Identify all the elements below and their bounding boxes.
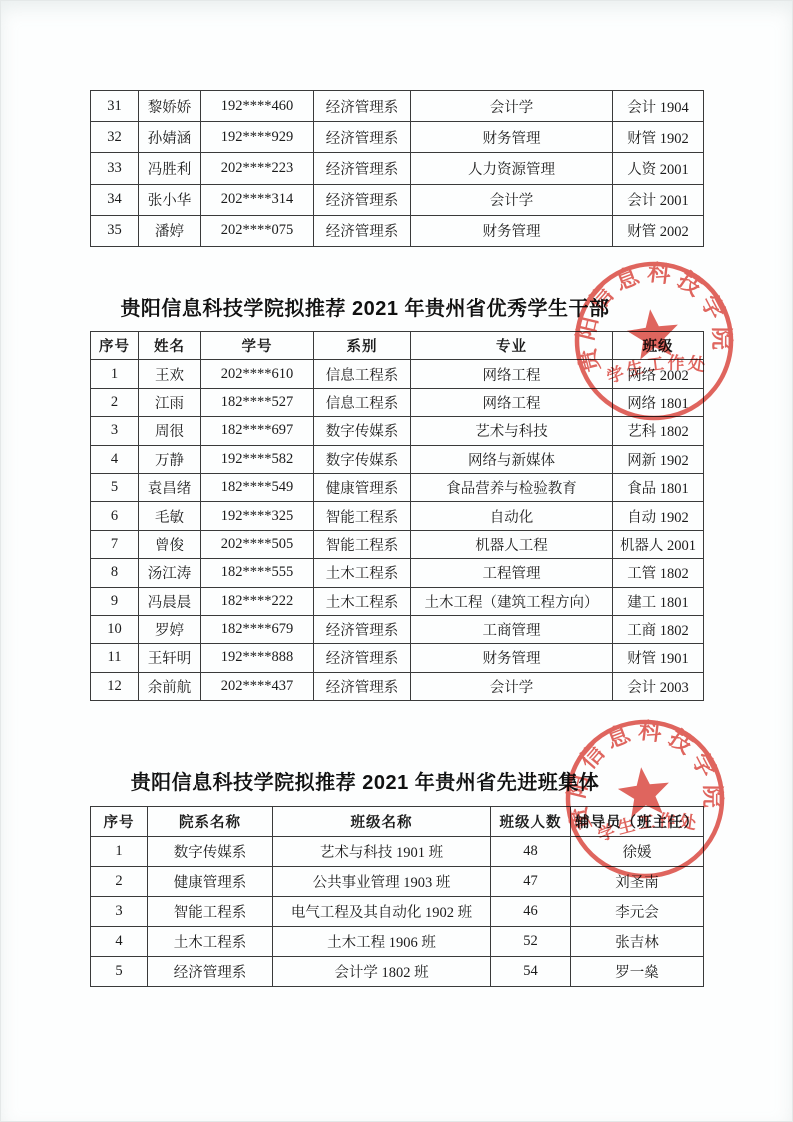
table-cell: 网络 2002 xyxy=(613,360,704,388)
table-cell: 47 xyxy=(491,867,571,897)
table-row: 10罗婷182****679经济管理系工商管理工商 1802 xyxy=(91,615,704,643)
column-header: 序号 xyxy=(91,332,139,360)
table-cell: 182****549 xyxy=(201,473,314,501)
table-cell: 罗一燊 xyxy=(571,957,704,987)
table-cell: 34 xyxy=(91,184,139,215)
document-page: 31黎娇娇192****460经济管理系会计学会计 190432孙婧涵192**… xyxy=(0,0,793,1122)
table-cell: 江雨 xyxy=(139,388,201,416)
table-row: 7曾俊202****505智能工程系机器人工程机器人 2001 xyxy=(91,530,704,558)
column-header: 班级 xyxy=(613,332,704,360)
table-cell: 健康管理系 xyxy=(148,867,273,897)
table-row: 4万静192****582数字传媒系网络与新媒体网新 1902 xyxy=(91,445,704,473)
table-cell: 202****505 xyxy=(201,530,314,558)
table-cell: 202****223 xyxy=(201,153,314,184)
table-cell: 10 xyxy=(91,615,139,643)
table-cell: 54 xyxy=(491,957,571,987)
table-cell: 土木工程系 xyxy=(314,559,411,587)
table-cell: 人资 2001 xyxy=(613,153,704,184)
table-row: 8汤江涛182****555土木工程系工程管理工管 1802 xyxy=(91,559,704,587)
column-header: 系别 xyxy=(314,332,411,360)
table-cell: 网络工程 xyxy=(411,360,613,388)
table-cell: 网新 1902 xyxy=(613,445,704,473)
table-row: 11王轩明192****888经济管理系财务管理财管 1901 xyxy=(91,644,704,672)
table-cell: 1 xyxy=(91,837,148,867)
table-cell: 智能工程系 xyxy=(314,530,411,558)
table-row: 2健康管理系公共事业管理 1903 班47刘圣南 xyxy=(91,867,704,897)
table-cell: 公共事业管理 1903 班 xyxy=(273,867,491,897)
table-cell: 毛敏 xyxy=(139,502,201,530)
column-header: 班级名称 xyxy=(273,807,491,837)
table-cell: 12 xyxy=(91,672,139,700)
table-cell: 艺术与科技 xyxy=(411,417,613,445)
table-cell: 汤江涛 xyxy=(139,559,201,587)
table-cell: 食品营养与检验教育 xyxy=(411,473,613,501)
table-cell: 182****679 xyxy=(201,615,314,643)
table-cell: 会计 1904 xyxy=(613,91,704,122)
table-cell: 经济管理系 xyxy=(314,615,411,643)
table-cell: 会计 2001 xyxy=(613,184,704,215)
table-cell: 7 xyxy=(91,530,139,558)
table-cell: 会计学 1802 班 xyxy=(273,957,491,987)
column-header: 专业 xyxy=(411,332,613,360)
column-header: 序号 xyxy=(91,807,148,837)
table-cell: 黎娇娇 xyxy=(139,91,201,122)
table-cell: 会计学 xyxy=(411,184,613,215)
table-row: 9冯晨晨182****222土木工程系土木工程（建筑工程方向）建工 1801 xyxy=(91,587,704,615)
table-cell: 工管 1802 xyxy=(613,559,704,587)
table-outstanding-student-cadres: 序号姓名学号系别专业班级1王欢202****610信息工程系网络工程网络 200… xyxy=(90,331,704,701)
table-cell: 9 xyxy=(91,587,139,615)
table-cell: 工商 1802 xyxy=(613,615,704,643)
table-cell: 48 xyxy=(491,837,571,867)
table-cell: 经济管理系 xyxy=(314,91,411,122)
table-cell: 网络 1801 xyxy=(613,388,704,416)
table-cell: 182****555 xyxy=(201,559,314,587)
table-cell: 182****222 xyxy=(201,587,314,615)
table-cell: 经济管理系 xyxy=(148,957,273,987)
table-cell: 经济管理系 xyxy=(314,153,411,184)
table-cell: 数字传媒系 xyxy=(148,837,273,867)
table-row: 32孙婧涵192****929经济管理系财务管理财管 1902 xyxy=(91,122,704,153)
table-cell: 智能工程系 xyxy=(314,502,411,530)
table-cell: 52 xyxy=(491,927,571,957)
table-cell: 经济管理系 xyxy=(314,122,411,153)
table-cell: 3 xyxy=(91,417,139,445)
table-cell: 信息工程系 xyxy=(314,360,411,388)
table-cell: 5 xyxy=(91,957,148,987)
table-cell: 经济管理系 xyxy=(314,215,411,246)
table-cell: 信息工程系 xyxy=(314,388,411,416)
table-cell: 曾俊 xyxy=(139,530,201,558)
table-cell: 财管 1901 xyxy=(613,644,704,672)
table-cell: 数字传媒系 xyxy=(314,417,411,445)
table-cell: 智能工程系 xyxy=(148,897,273,927)
column-header: 辅导员（班主任） xyxy=(571,807,704,837)
table-cell: 土木工程系 xyxy=(314,587,411,615)
table-cell: 财务管理 xyxy=(411,644,613,672)
table-row: 35潘婷202****075经济管理系财务管理财管 2002 xyxy=(91,215,704,246)
table-cell: 数字传媒系 xyxy=(314,445,411,473)
table-row: 4土木工程系土木工程 1906 班52张吉林 xyxy=(91,927,704,957)
table-cell: 张小华 xyxy=(139,184,201,215)
table-row: 12余前航202****437经济管理系会计学会计 2003 xyxy=(91,672,704,700)
table-cell: 192****460 xyxy=(201,91,314,122)
table-students-continued: 31黎娇娇192****460经济管理系会计学会计 190432孙婧涵192**… xyxy=(90,90,704,247)
table-cell: 财务管理 xyxy=(411,122,613,153)
table-cell: 192****929 xyxy=(201,122,314,153)
table-cell: 冯胜利 xyxy=(139,153,201,184)
table-row: 5经济管理系会计学 1802 班54罗一燊 xyxy=(91,957,704,987)
table-cell: 202****437 xyxy=(201,672,314,700)
table-cell: 冯晨晨 xyxy=(139,587,201,615)
table-cell: 会计 2003 xyxy=(613,672,704,700)
table-cell: 王欢 xyxy=(139,360,201,388)
header-row: 序号院系名称班级名称班级人数辅导员（班主任） xyxy=(91,807,704,837)
table-cell: 192****582 xyxy=(201,445,314,473)
table-cell: 46 xyxy=(491,897,571,927)
table-cell: 33 xyxy=(91,153,139,184)
table-cell: 王轩明 xyxy=(139,644,201,672)
table-cell: 182****697 xyxy=(201,417,314,445)
table-cell: 土木工程系 xyxy=(148,927,273,957)
table-row: 1数字传媒系艺术与科技 1901 班48徐媛 xyxy=(91,837,704,867)
table-cell: 182****527 xyxy=(201,388,314,416)
table-cell: 土木工程 1906 班 xyxy=(273,927,491,957)
table-cell: 网络与新媒体 xyxy=(411,445,613,473)
table-cell: 罗婷 xyxy=(139,615,201,643)
table-cell: 工程管理 xyxy=(411,559,613,587)
table-cell: 建工 1801 xyxy=(613,587,704,615)
header-row: 序号姓名学号系别专业班级 xyxy=(91,332,704,360)
table-cell: 财管 1902 xyxy=(613,122,704,153)
table-row: 3智能工程系电气工程及其自动化 1902 班46李元会 xyxy=(91,897,704,927)
table-cell: 健康管理系 xyxy=(314,473,411,501)
table-cell: 32 xyxy=(91,122,139,153)
table-cell: 经济管理系 xyxy=(314,184,411,215)
table-cell: 35 xyxy=(91,215,139,246)
table-row: 31黎娇娇192****460经济管理系会计学会计 1904 xyxy=(91,91,704,122)
table-cell: 会计学 xyxy=(411,672,613,700)
table-cell: 会计学 xyxy=(411,91,613,122)
table-row: 6毛敏192****325智能工程系自动化自动 1902 xyxy=(91,502,704,530)
table-cell: 网络工程 xyxy=(411,388,613,416)
table-cell: 孙婧涵 xyxy=(139,122,201,153)
table-cell: 3 xyxy=(91,897,148,927)
column-header: 班级人数 xyxy=(491,807,571,837)
table-cell: 1 xyxy=(91,360,139,388)
table-cell: 自动 1902 xyxy=(613,502,704,530)
table-row: 33冯胜利202****223经济管理系人力资源管理人资 2001 xyxy=(91,153,704,184)
table-cell: 财管 2002 xyxy=(613,215,704,246)
table-cell: 4 xyxy=(91,927,148,957)
table-cell: 袁昌绪 xyxy=(139,473,201,501)
table-cell: 万静 xyxy=(139,445,201,473)
table-cell: 人力资源管理 xyxy=(411,153,613,184)
table-row: 3周很182****697数字传媒系艺术与科技艺科 1802 xyxy=(91,417,704,445)
table-row: 5袁昌绪182****549健康管理系食品营养与检验教育食品 1801 xyxy=(91,473,704,501)
table-cell: 艺术与科技 1901 班 xyxy=(273,837,491,867)
table-row: 34张小华202****314经济管理系会计学会计 2001 xyxy=(91,184,704,215)
table-cell: 机器人工程 xyxy=(411,530,613,558)
table-cell: 周很 xyxy=(139,417,201,445)
table-cell: 艺科 1802 xyxy=(613,417,704,445)
table-cell: 202****610 xyxy=(201,360,314,388)
table-cell: 5 xyxy=(91,473,139,501)
title-outstanding-student-cadres: 贵阳信息科技学院拟推荐 2021 年贵州省优秀学生干部 xyxy=(35,292,695,321)
table-advanced-class-collectives: 序号院系名称班级名称班级人数辅导员（班主任）1数字传媒系艺术与科技 1901 班… xyxy=(90,806,704,987)
table-cell: 2 xyxy=(91,388,139,416)
table-cell: 4 xyxy=(91,445,139,473)
table-cell: 电气工程及其自动化 1902 班 xyxy=(273,897,491,927)
table-cell: 202****314 xyxy=(201,184,314,215)
table-cell: 2 xyxy=(91,867,148,897)
table-cell: 工商管理 xyxy=(411,615,613,643)
title-advanced-class-collectives: 贵阳信息科技学院拟推荐 2021 年贵州省先进班集体 xyxy=(35,766,695,795)
table-cell: 31 xyxy=(91,91,139,122)
table-cell: 自动化 xyxy=(411,502,613,530)
table-row: 2江雨182****527信息工程系网络工程网络 1801 xyxy=(91,388,704,416)
column-header: 院系名称 xyxy=(148,807,273,837)
column-header: 姓名 xyxy=(139,332,201,360)
table-cell: 202****075 xyxy=(201,215,314,246)
table-cell: 张吉林 xyxy=(571,927,704,957)
table-cell: 11 xyxy=(91,644,139,672)
table-cell: 6 xyxy=(91,502,139,530)
table-cell: 土木工程（建筑工程方向） xyxy=(411,587,613,615)
table-cell: 余前航 xyxy=(139,672,201,700)
table-cell: 李元会 xyxy=(571,897,704,927)
table-row: 1王欢202****610信息工程系网络工程网络 2002 xyxy=(91,360,704,388)
table-cell: 潘婷 xyxy=(139,215,201,246)
table-cell: 经济管理系 xyxy=(314,672,411,700)
table-cell: 徐媛 xyxy=(571,837,704,867)
table-cell: 192****325 xyxy=(201,502,314,530)
table-cell: 经济管理系 xyxy=(314,644,411,672)
table-cell: 刘圣南 xyxy=(571,867,704,897)
table-cell: 192****888 xyxy=(201,644,314,672)
table-cell: 8 xyxy=(91,559,139,587)
table-cell: 食品 1801 xyxy=(613,473,704,501)
column-header: 学号 xyxy=(201,332,314,360)
table-cell: 机器人 2001 xyxy=(613,530,704,558)
table-cell: 财务管理 xyxy=(411,215,613,246)
